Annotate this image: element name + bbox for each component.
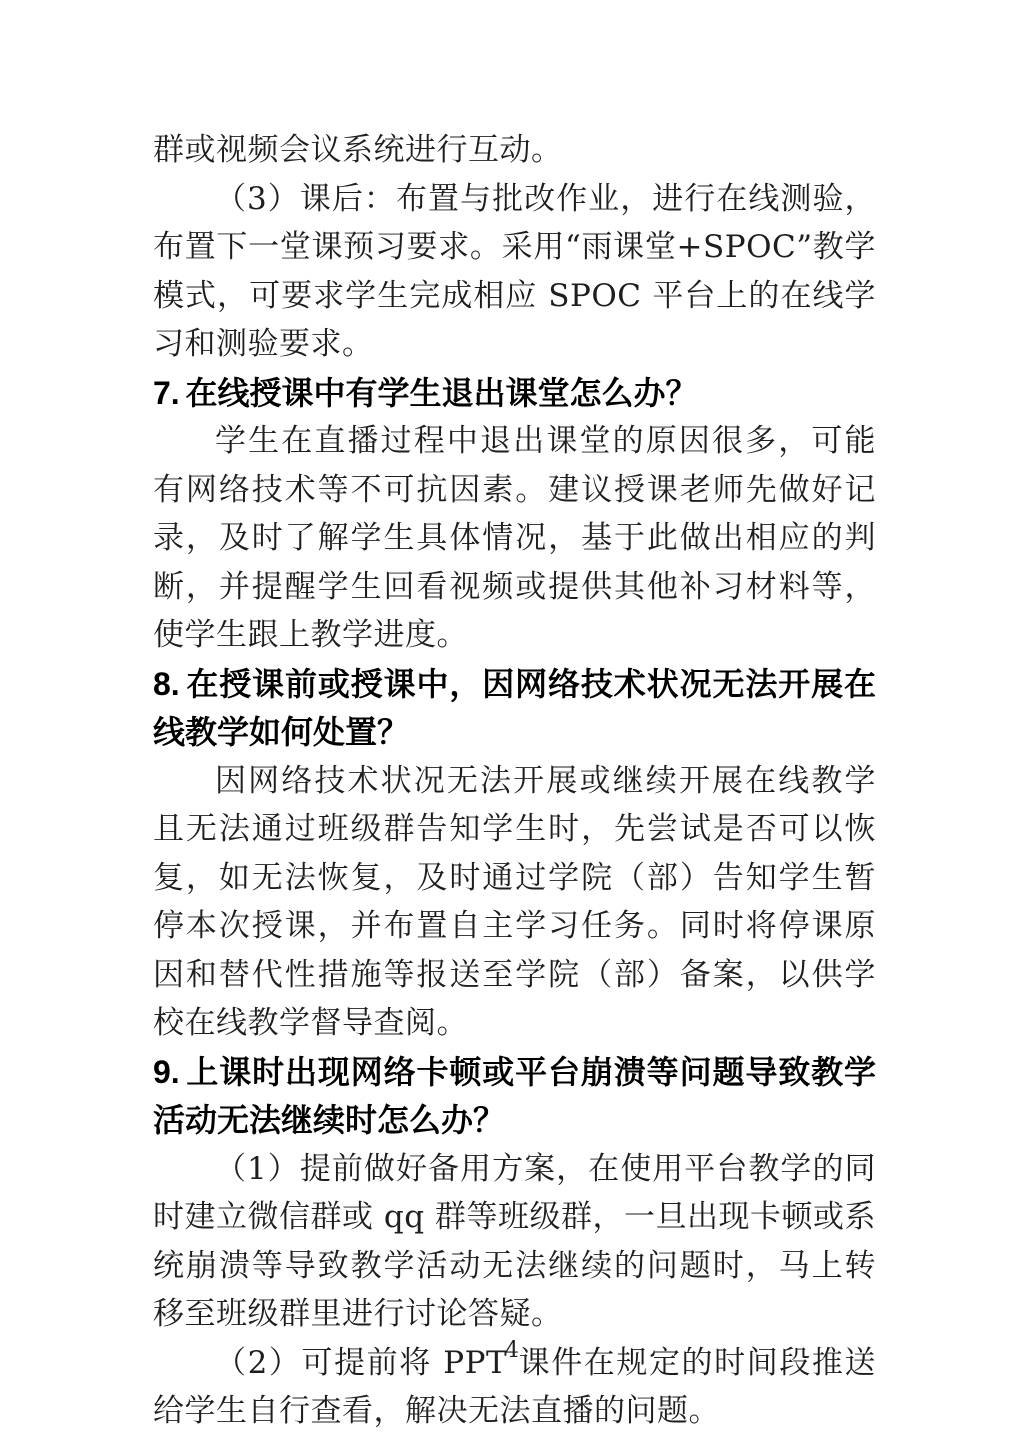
paragraph-answer-8: 因网络技术状况无法开展或继续开展在线教学且无法通过班级群告知学生时，先尝试是否可… bbox=[153, 757, 876, 1048]
paragraph-continuation: 群或视频会议系统进行互动。 bbox=[153, 126, 876, 175]
section-heading-8: 8.在授课前或授课中，因网络技术状况无法开展在线教学如何处置？ bbox=[153, 660, 876, 757]
document-page: 群或视频会议系统进行互动。 （3）课后：布置与批改作业，进行在线测验，布置下一堂… bbox=[0, 0, 1024, 1448]
paragraph-item-3-after-class: （3）课后：布置与批改作业，进行在线测验，布置下一堂课预习要求。采用“雨课堂+S… bbox=[153, 175, 876, 369]
document-body: 群或视频会议系统进行互动。 （3）课后：布置与批改作业，进行在线测验，布置下一堂… bbox=[153, 126, 876, 1436]
section-heading-7: 7.在线授课中有学生退出课堂怎么办？ bbox=[153, 369, 876, 418]
paragraph-answer-7: 学生在直播过程中退出课堂的原因很多，可能有网络技术等不可抗因素。建议授课老师先做… bbox=[153, 417, 876, 660]
section-number-8: 8. bbox=[153, 666, 180, 702]
paragraph-answer-9-point-1: （1）提前做好备用方案，在使用平台教学的同时建立微信群或 qq 群等班级群，一旦… bbox=[153, 1145, 876, 1339]
section-title-9: 上课时出现网络卡顿或平台崩溃等问题导致教学活动无法继续时怎么办？ bbox=[153, 1054, 876, 1139]
page-number: 4 bbox=[0, 1338, 1024, 1363]
section-title-7: 在线授课中有学生退出课堂怎么办？ bbox=[185, 375, 697, 411]
section-heading-9: 9.上课时出现网络卡顿或平台崩溃等问题导致教学活动无法继续时怎么办？ bbox=[153, 1048, 876, 1145]
section-number-9: 9. bbox=[153, 1054, 180, 1090]
section-title-8: 在授课前或授课中，因网络技术状况无法开展在线教学如何处置？ bbox=[153, 666, 876, 751]
section-number-7: 7. bbox=[153, 375, 180, 411]
